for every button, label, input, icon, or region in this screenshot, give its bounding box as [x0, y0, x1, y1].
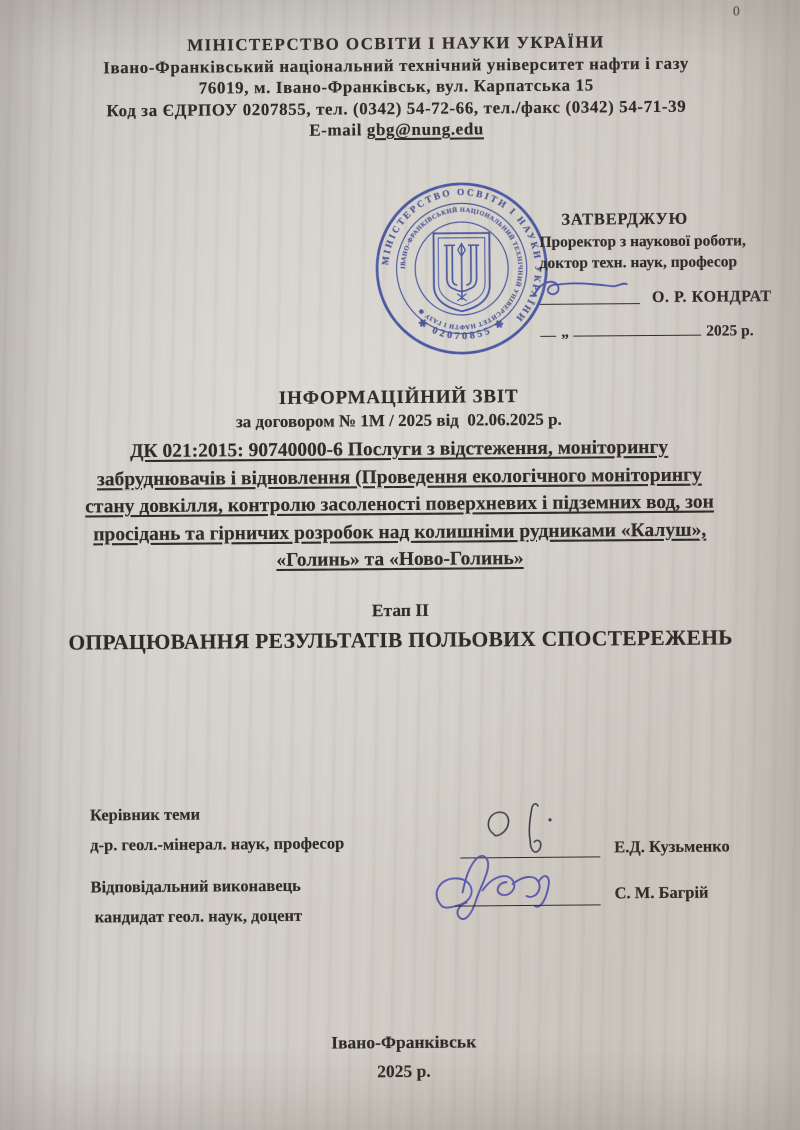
approver-name: О. Р. КОНДРАТ [652, 286, 772, 308]
university-round-seal: МІНІСТЕРСТВО ОСВІТИ І НАУКИ УКРАЇНИ ✱ 02… [368, 175, 555, 362]
page-content: 0 МІНІСТЕРСТВО ОСВІТИ І НАУКИ УКРАЇНИ Ів… [0, 0, 800, 1130]
contract-line: за договором № 1М / 2025 від 02.06.2025 … [0, 408, 799, 434]
email-address: gbg@nung.edu [367, 119, 484, 139]
approve-heading: ЗАТВЕРДЖУЮ [561, 207, 791, 230]
signatory-degree: д-р. геол.-мінерал. наук, професор [90, 833, 344, 855]
page-number: 0 [733, 3, 740, 19]
footer-year: 2025 р. [4, 1054, 800, 1089]
stage-block: Етап II ОПРАЦЮВАННЯ РЕЗУЛЬТАТІВ ПОЛЬОВИХ… [0, 597, 800, 656]
approver-role-line1: Проректор з наукової роботи, [539, 229, 791, 252]
report-subject: ДК 021:2015: 90740000-6 Послуги з відсте… [0, 433, 800, 577]
signature-line [455, 888, 601, 906]
signatory-role: Відповідальний виконавець [90, 876, 300, 898]
approval-block: ЗАТВЕРДЖУЮ Проректор з наукової роботи, … [539, 207, 792, 343]
signature-line [460, 840, 600, 858]
approver-signature-row: О. Р. КОНДРАТ [540, 285, 792, 311]
seal-graphic: МІНІСТЕРСТВО ОСВІТИ І НАУКИ УКРАЇНИ ✱ 02… [368, 175, 555, 362]
scanned-report-cover-page: 0 МІНІСТЕРСТВО ОСВІТИ І НАУКИ УКРАЇНИ Ів… [0, 0, 800, 1130]
date-day-line [540, 335, 556, 336]
bagriy-signature-ink [422, 831, 613, 934]
email-label: E-mail [309, 120, 362, 139]
signatory-name: С. М. Багрій [615, 883, 709, 904]
footer: Івано-Франківськ 2025 р. [4, 1025, 800, 1089]
kuzmenko-signature-ink [480, 793, 596, 860]
date-month-line [573, 334, 701, 336]
report-title-block: ІНФОРМАЦІЙНИЙ ЗВІТ за договором № 1М / 2… [0, 384, 800, 577]
signatory-role: Керівник теми [90, 805, 200, 826]
trident-emblem [433, 233, 489, 312]
signatory-name: Е.Д. Кузьменко [614, 836, 730, 857]
approval-date-row: „ 2025 р. [540, 319, 792, 343]
letterhead: МІНІСТЕРСТВО ОСВІТИ І НАУКИ УКРАЇНИ Іван… [0, 30, 797, 144]
date-quote-mark: „ [561, 321, 569, 343]
stage-number: Етап II [0, 597, 800, 624]
date-year: 2025 р. [706, 320, 754, 342]
signatory-degree: кандидат геол. наук, доцент [95, 906, 303, 928]
stage-title: ОПРАЦЮВАННЯ РЕЗУЛЬТАТІВ ПОЛЬОВИХ СПОСТЕР… [1, 625, 800, 656]
